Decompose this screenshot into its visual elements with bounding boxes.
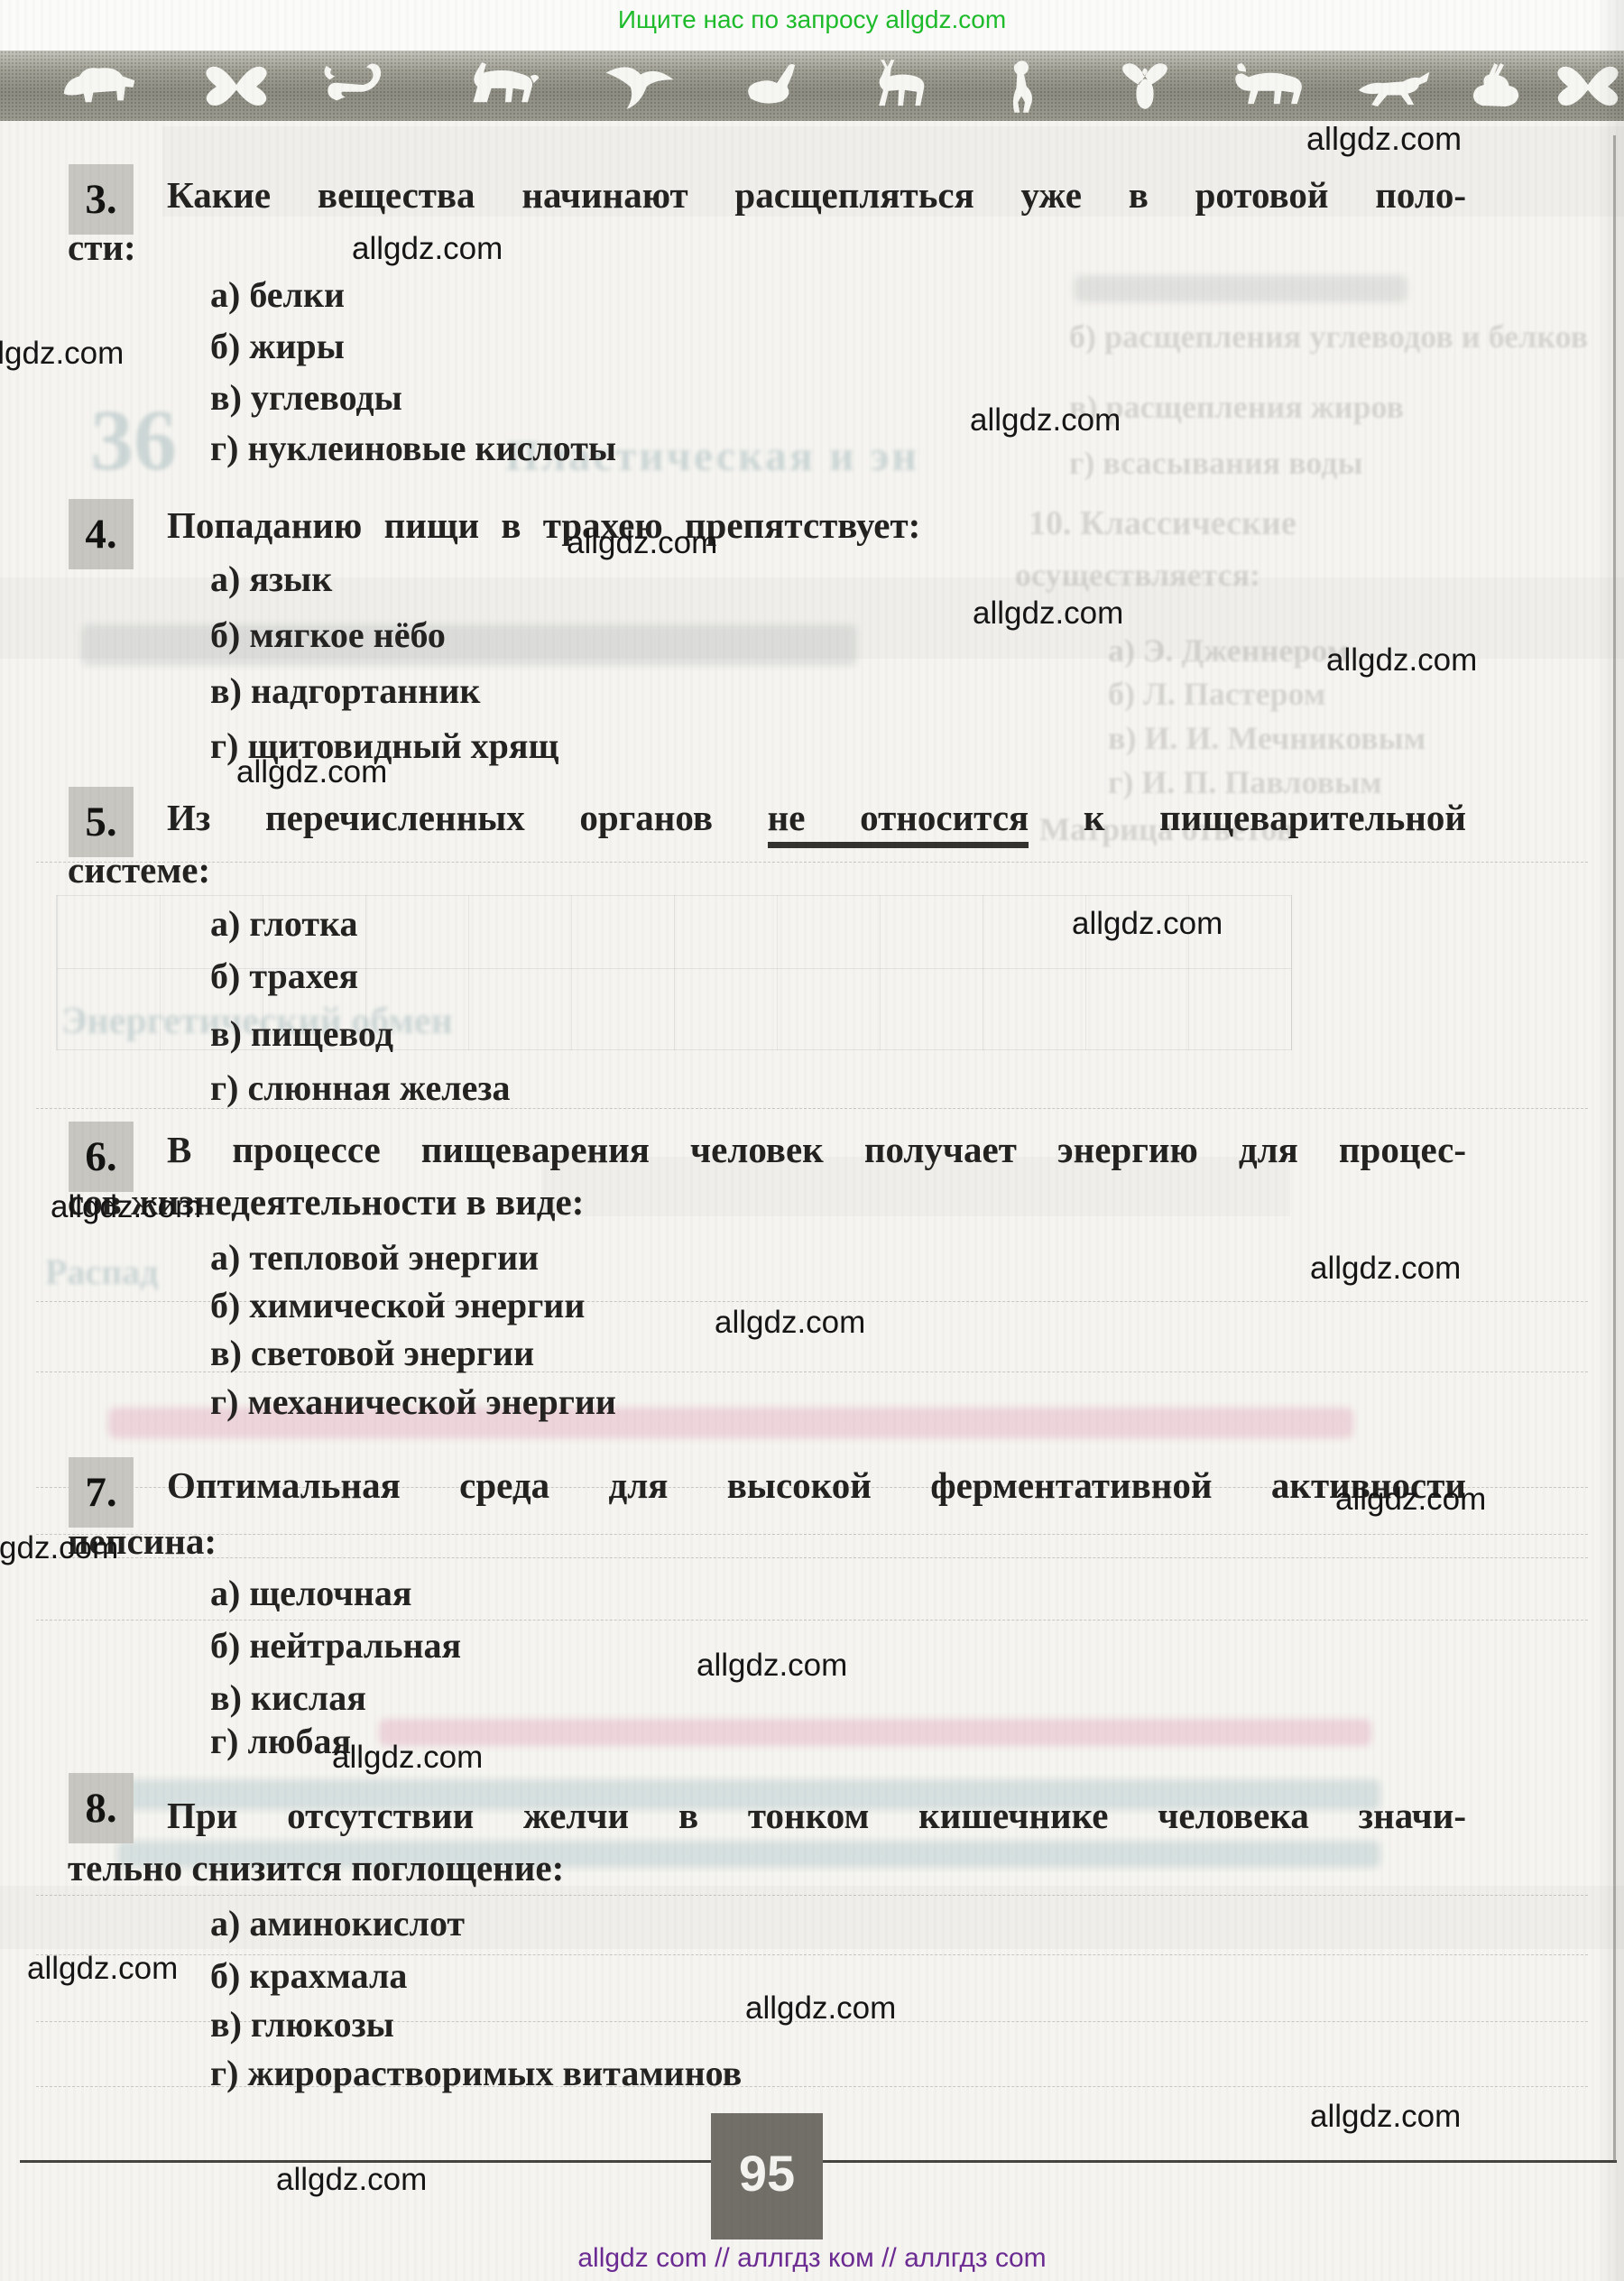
watermark: allgdz.com bbox=[973, 596, 1123, 632]
swan-icon bbox=[734, 57, 820, 115]
question-5-option-g: г) слюнная железа bbox=[210, 1067, 510, 1109]
horse-icon bbox=[461, 57, 548, 115]
promo-top-text: Ищите нас по запросу allgdz.com bbox=[0, 5, 1624, 34]
question-4-number: 4. bbox=[69, 499, 134, 569]
question-4-option-a: а) язык bbox=[210, 558, 332, 600]
underlined-phrase: не относится bbox=[768, 797, 1029, 848]
bleed-text: г) всасывания воды bbox=[1069, 444, 1363, 482]
question-6-option-v: в) световой энергии bbox=[210, 1332, 534, 1374]
question-3-option-a: а) белки bbox=[210, 273, 345, 316]
bleed-text: а) Э. Дженнером bbox=[1108, 632, 1349, 670]
bleed-text: в) И. И. Мечниковым bbox=[1108, 719, 1426, 757]
bleed-line bbox=[36, 1620, 1588, 1621]
watermark: allgdz.com bbox=[1310, 1251, 1461, 1287]
title-text: к пищеварительной bbox=[1029, 797, 1466, 838]
hare-icon bbox=[1458, 57, 1545, 115]
question-3-title-line2: сти: bbox=[68, 226, 136, 269]
question-7-option-b: б) нейтральная bbox=[210, 1624, 461, 1667]
watermark: allgdz.com bbox=[352, 231, 503, 267]
watermark: allgdz.com bbox=[0, 1530, 118, 1566]
question-4-option-v: в) надгортанник bbox=[210, 670, 480, 712]
watermark: allgdz.com bbox=[567, 525, 717, 561]
question-6-option-b: б) химической энергии bbox=[210, 1284, 585, 1326]
diving-bird-icon bbox=[597, 57, 684, 115]
bleed-text: б) Л. Пастером bbox=[1108, 675, 1325, 713]
question-7-title-line1: Оптимальная среда для высокой ферментати… bbox=[167, 1464, 1466, 1507]
fly-icon bbox=[1102, 57, 1188, 115]
watermark: allgdz.com bbox=[697, 1648, 847, 1684]
question-4-title: Попаданию пищи в трахею препятствует: bbox=[167, 503, 920, 547]
scorpion-icon bbox=[319, 57, 406, 115]
watermark: allgdz.com bbox=[1326, 642, 1477, 679]
bleed-line bbox=[36, 1895, 1588, 1896]
bison-icon bbox=[57, 57, 143, 115]
watermark: allgdz.com bbox=[27, 1951, 178, 1987]
workbook-scan-page: Ищите нас по запросу allgdz.com б) расще… bbox=[0, 0, 1624, 2281]
question-8-option-v: в) глюкозы bbox=[210, 2003, 394, 2046]
bleed-section-number: 36 bbox=[90, 390, 177, 490]
question-4-option-b: б) мягкое нёбо bbox=[210, 614, 446, 656]
question-7-option-a: а) щелочная bbox=[210, 1572, 412, 1614]
watermark: allgdz.com bbox=[276, 2162, 427, 2198]
page-number-badge: 95 bbox=[711, 2113, 823, 2239]
question-7-option-v: в) кислая bbox=[210, 1676, 366, 1719]
question-7-number: 7. bbox=[69, 1457, 134, 1528]
watermark: allgdz.com bbox=[236, 754, 387, 790]
question-8-title-line2: тельно снизится поглощение: bbox=[68, 1846, 564, 1889]
bleed-line bbox=[36, 1534, 1588, 1535]
question-5-option-a: а) глотка bbox=[210, 902, 357, 945]
bleed-bar bbox=[379, 1719, 1371, 1746]
watermark: allgdz.com bbox=[745, 1990, 896, 2027]
bleed-text: осуществляется: bbox=[1015, 556, 1260, 594]
question-3-title-line1: Какие вещества начинают расщепляться уже… bbox=[167, 173, 1466, 217]
question-8-option-g: г) жирорастворимых витаминов bbox=[210, 2052, 742, 2094]
question-7-option-g: г) любая bbox=[210, 1720, 351, 1762]
question-8-option-b: б) крахмала bbox=[210, 1954, 407, 1997]
question-8-title-line1: При отсутствии желчи в тонком кишечнике … bbox=[167, 1794, 1466, 1837]
watermark: allgdz.com bbox=[0, 336, 124, 372]
question-5-number: 5. bbox=[69, 787, 134, 857]
watermark: allgdz.com bbox=[715, 1305, 865, 1341]
question-5-option-v: в) пищевод bbox=[210, 1012, 393, 1055]
watermark: allgdz.com bbox=[1072, 906, 1223, 942]
running-dog-icon bbox=[1353, 57, 1440, 115]
bleed-bar bbox=[1074, 275, 1407, 302]
watermark: allgdz.com bbox=[1310, 2099, 1461, 2135]
bleed-text: 10. Классические bbox=[1029, 503, 1296, 543]
question-3-option-g: г) нуклеиновые кислоты bbox=[210, 427, 616, 469]
bleed-line bbox=[36, 1557, 1588, 1558]
question-6-title-line1: В процессе пищеварения человек получает … bbox=[167, 1128, 1466, 1171]
question-3-option-b: б) жиры bbox=[210, 325, 345, 367]
bleed-line bbox=[36, 862, 1588, 863]
watermark: allgdz.com bbox=[51, 1189, 201, 1225]
question-3-option-v: в) углеводы bbox=[210, 376, 402, 419]
question-8-number: 8. bbox=[69, 1773, 134, 1843]
deer-icon bbox=[860, 57, 946, 115]
watermark: allgdz.com bbox=[1335, 1482, 1486, 1518]
watermark: allgdz.com bbox=[332, 1740, 483, 1776]
question-5-option-b: б) трахея bbox=[210, 955, 358, 997]
animal-band bbox=[0, 51, 1624, 121]
question-3-number: 3. bbox=[69, 164, 134, 235]
title-text: Из перечисленных органов bbox=[167, 797, 768, 838]
meerkat-icon bbox=[981, 57, 1067, 115]
watermark: allgdz.com bbox=[1306, 120, 1462, 158]
bleed-text: Распад bbox=[45, 1251, 158, 1293]
page-edge-shadow bbox=[1597, 0, 1624, 2281]
question-5-title-line2: системе: bbox=[68, 848, 210, 891]
butterfly-icon bbox=[193, 57, 280, 115]
bleed-text: б) расщепления углеводов и белков bbox=[1069, 318, 1588, 356]
question-5-title-line1: Из перечисленных органов не относится к … bbox=[167, 796, 1466, 839]
question-6-option-a: а) тепловой энергии bbox=[210, 1236, 539, 1279]
promo-bottom-text: allgdz com // аллгдз ком // аллгдз com bbox=[0, 2243, 1624, 2274]
page-edge-line bbox=[1613, 135, 1616, 2162]
bleed-bar bbox=[81, 624, 857, 666]
bull-icon bbox=[1227, 57, 1314, 115]
question-6-option-g: г) механической энергии bbox=[210, 1381, 616, 1423]
watermark: allgdz.com bbox=[970, 402, 1121, 439]
question-8-option-a: а) аминокислот bbox=[210, 1902, 465, 1944]
